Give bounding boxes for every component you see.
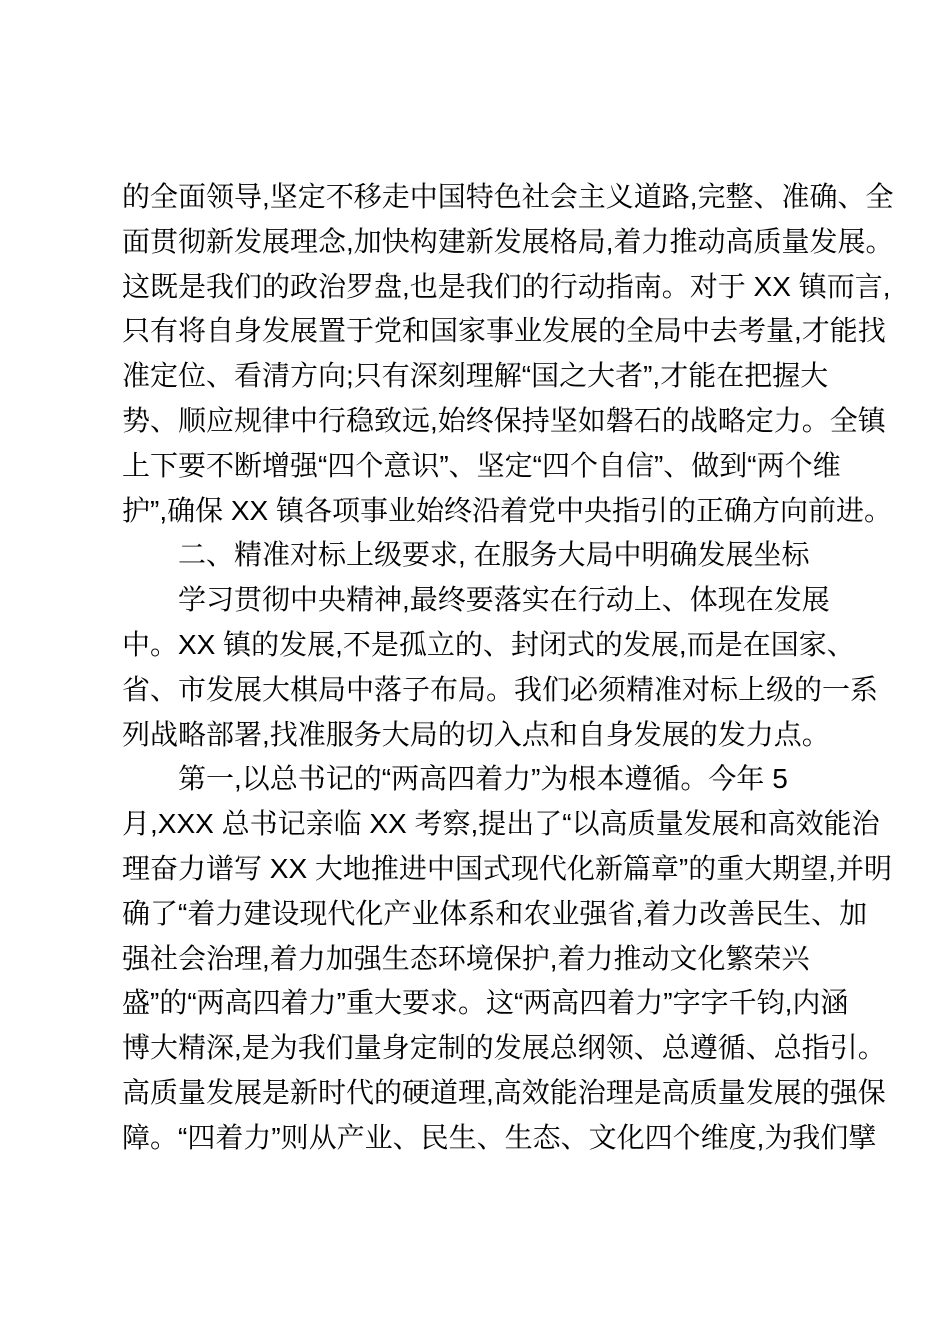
- text-line: 学习贯彻中央精神,最终要落实在行动上、体现在发展: [122, 578, 904, 623]
- text-line: 中。XX 镇的发展,不是孤立的、封闭式的发展,而是在国家、: [122, 623, 904, 668]
- text-line: 强社会治理,着力加强生态环境保护,着力推动文化繁荣兴: [122, 937, 904, 982]
- text-line: 护”,确保 XX 镇各项事业始终沿着党中央指引的正确方向前进。: [122, 489, 904, 534]
- text-line: 博大精深,是为我们量身定制的发展总纲领、总遵循、总指引。: [122, 1026, 904, 1071]
- text-line: 的全面领导,坚定不移走中国特色社会主义道路,完整、准确、全: [122, 175, 904, 220]
- text-line: 只有将自身发展置于党和国家事业发展的全局中去考量,才能找: [122, 309, 904, 354]
- paragraph: 学习贯彻中央精神,最终要落实在行动上、体现在发展中。XX 镇的发展,不是孤立的、…: [122, 578, 904, 757]
- paragraph: 的全面领导,坚定不移走中国特色社会主义道路,完整、准确、全面贯彻新发展理念,加快…: [122, 175, 904, 533]
- text-line: 月,XXX 总书记亲临 XX 考察,提出了“以高质量发展和高效能治: [122, 802, 904, 847]
- text-line: 二、精准对标上级要求, 在服务大局中明确发展坐标: [122, 533, 904, 578]
- text-line: 盛”的“两高四着力”重大要求。这“两高四着力”字字千钧,内涵: [122, 981, 904, 1026]
- section-heading: 二、精准对标上级要求, 在服务大局中明确发展坐标: [122, 533, 904, 578]
- text-line: 高质量发展是新时代的硬道理,高效能治理是高质量发展的强保: [122, 1071, 904, 1116]
- document-text: 的全面领导,坚定不移走中国特色社会主义道路,完整、准确、全面贯彻新发展理念,加快…: [122, 175, 904, 1161]
- text-line: 势、顺应规律中行稳致远,始终保持坚如磐石的战略定力。全镇: [122, 399, 904, 444]
- text-line: 列战略部署,找准服务大局的切入点和自身发展的发力点。: [122, 713, 904, 758]
- text-line: 上下要不断增强“四个意识”、坚定“四个自信”、做到“两个维: [122, 444, 904, 489]
- paragraph: 第一,以总书记的“两高四着力”为根本遵循。今年 5月,XXX 总书记亲临 XX …: [122, 757, 904, 1160]
- text-line: 准定位、看清方向;只有深刻理解“国之大者”,才能在把握大: [122, 354, 904, 399]
- text-line: 这既是我们的政治罗盘,也是我们的行动指南。对于 XX 镇而言,: [122, 265, 904, 310]
- text-line: 面贯彻新发展理念,加快构建新发展格局,着力推动高质量发展。: [122, 220, 904, 265]
- document-page: 的全面领导,坚定不移走中国特色社会主义道路,完整、准确、全面贯彻新发展理念,加快…: [0, 0, 950, 1344]
- text-line: 省、市发展大棋局中落子布局。我们必须精准对标上级的一系: [122, 668, 904, 713]
- text-line: 确了“着力建设现代化产业体系和农业强省,着力改善民生、加: [122, 892, 904, 937]
- text-line: 障。“四着力”则从产业、民生、生态、文化四个维度,为我们擘: [122, 1116, 904, 1161]
- text-line: 理奋力谱写 XX 大地推进中国式现代化新篇章”的重大期望,并明: [122, 847, 904, 892]
- text-line: 第一,以总书记的“两高四着力”为根本遵循。今年 5: [122, 757, 904, 802]
